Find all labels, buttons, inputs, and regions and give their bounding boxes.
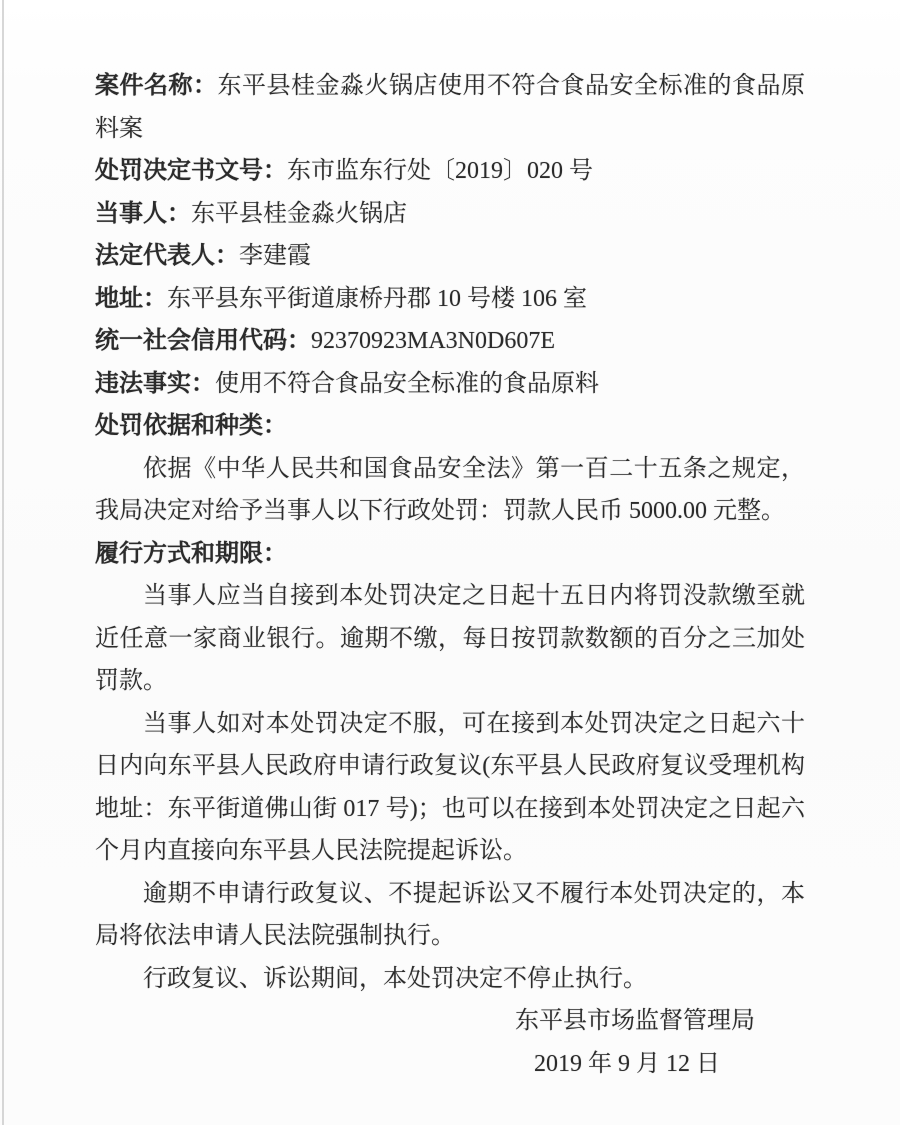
field-value-violation-facts: 使用不符合食品安全标准的食品原料 — [215, 371, 599, 397]
scan-edge-artifact — [2, 0, 4, 1125]
section-heading-compliance: 履行方式和期限： — [95, 533, 805, 576]
field-label-credit-code: 统一社会信用代码： — [95, 328, 311, 354]
field-legal-representative: 法定代表人：李建霞 — [95, 235, 805, 278]
field-label-legal-representative: 法定代表人： — [95, 243, 239, 269]
field-address: 地址：东平县东平街道康桥丹郡 10 号楼 106 室 — [95, 278, 805, 321]
document-body: 案件名称：东平县桂金淼火锅店使用不符合食品安全标准的食品原料案 处罚决定书文号：… — [95, 65, 805, 1085]
signature-agency: 东平县市场监督管理局 — [95, 1000, 805, 1043]
paragraph-payment-deadline: 当事人应当自接到本处罚决定之日起十五日内将罚没款缴至就近任意一家商业银行。逾期不… — [95, 575, 805, 703]
field-value-address: 东平县东平街道康桥丹郡 10 号楼 106 室 — [167, 286, 587, 312]
paragraph-enforcement: 逾期不申请行政复议、不提起诉讼又不履行本处罚决定的，本局将依法申请人民法院强制执… — [95, 873, 805, 958]
field-label-case-name: 案件名称： — [95, 73, 218, 99]
field-case-name: 案件名称：东平县桂金淼火锅店使用不符合食品安全标准的食品原料案 — [95, 65, 805, 150]
signature-date: 2019 年 9 月 12 日 — [95, 1043, 805, 1086]
field-label-decision-number: 处罚决定书文号： — [95, 158, 287, 184]
field-value-party: 东平县桂金淼火锅店 — [191, 201, 407, 227]
field-label-violation-facts: 违法事实： — [95, 371, 215, 397]
paragraph-penalty-basis: 依据《中华人民共和国食品安全法》第一百二十五条之规定，我局决定对给予当事人以下行… — [95, 448, 805, 533]
field-value-legal-representative: 李建霞 — [239, 243, 311, 269]
field-value-decision-number: 东市监东行处〔2019〕020 号 — [287, 158, 593, 184]
field-value-credit-code: 92370923MA3N0D607E — [311, 328, 555, 354]
paragraph-appeal-rights: 当事人如对本处罚决定不服，可在接到本处罚决定之日起六十日内向东平县人民政府申请行… — [95, 703, 805, 873]
field-label-address: 地址： — [95, 286, 167, 312]
field-decision-number: 处罚决定书文号：东市监东行处〔2019〕020 号 — [95, 150, 805, 193]
field-violation-facts: 违法事实：使用不符合食品安全标准的食品原料 — [95, 363, 805, 406]
penalty-decision-page: 案件名称：东平县桂金淼火锅店使用不符合食品安全标准的食品原料案 处罚决定书文号：… — [0, 0, 900, 1125]
field-party: 当事人：东平县桂金淼火锅店 — [95, 193, 805, 236]
field-credit-code: 统一社会信用代码：92370923MA3N0D607E — [95, 320, 805, 363]
paragraph-no-suspension: 行政复议、诉讼期间，本处罚决定不停止执行。 — [95, 958, 805, 1001]
field-label-party: 当事人： — [95, 201, 191, 227]
section-heading-penalty-basis: 处罚依据和种类： — [95, 405, 805, 448]
